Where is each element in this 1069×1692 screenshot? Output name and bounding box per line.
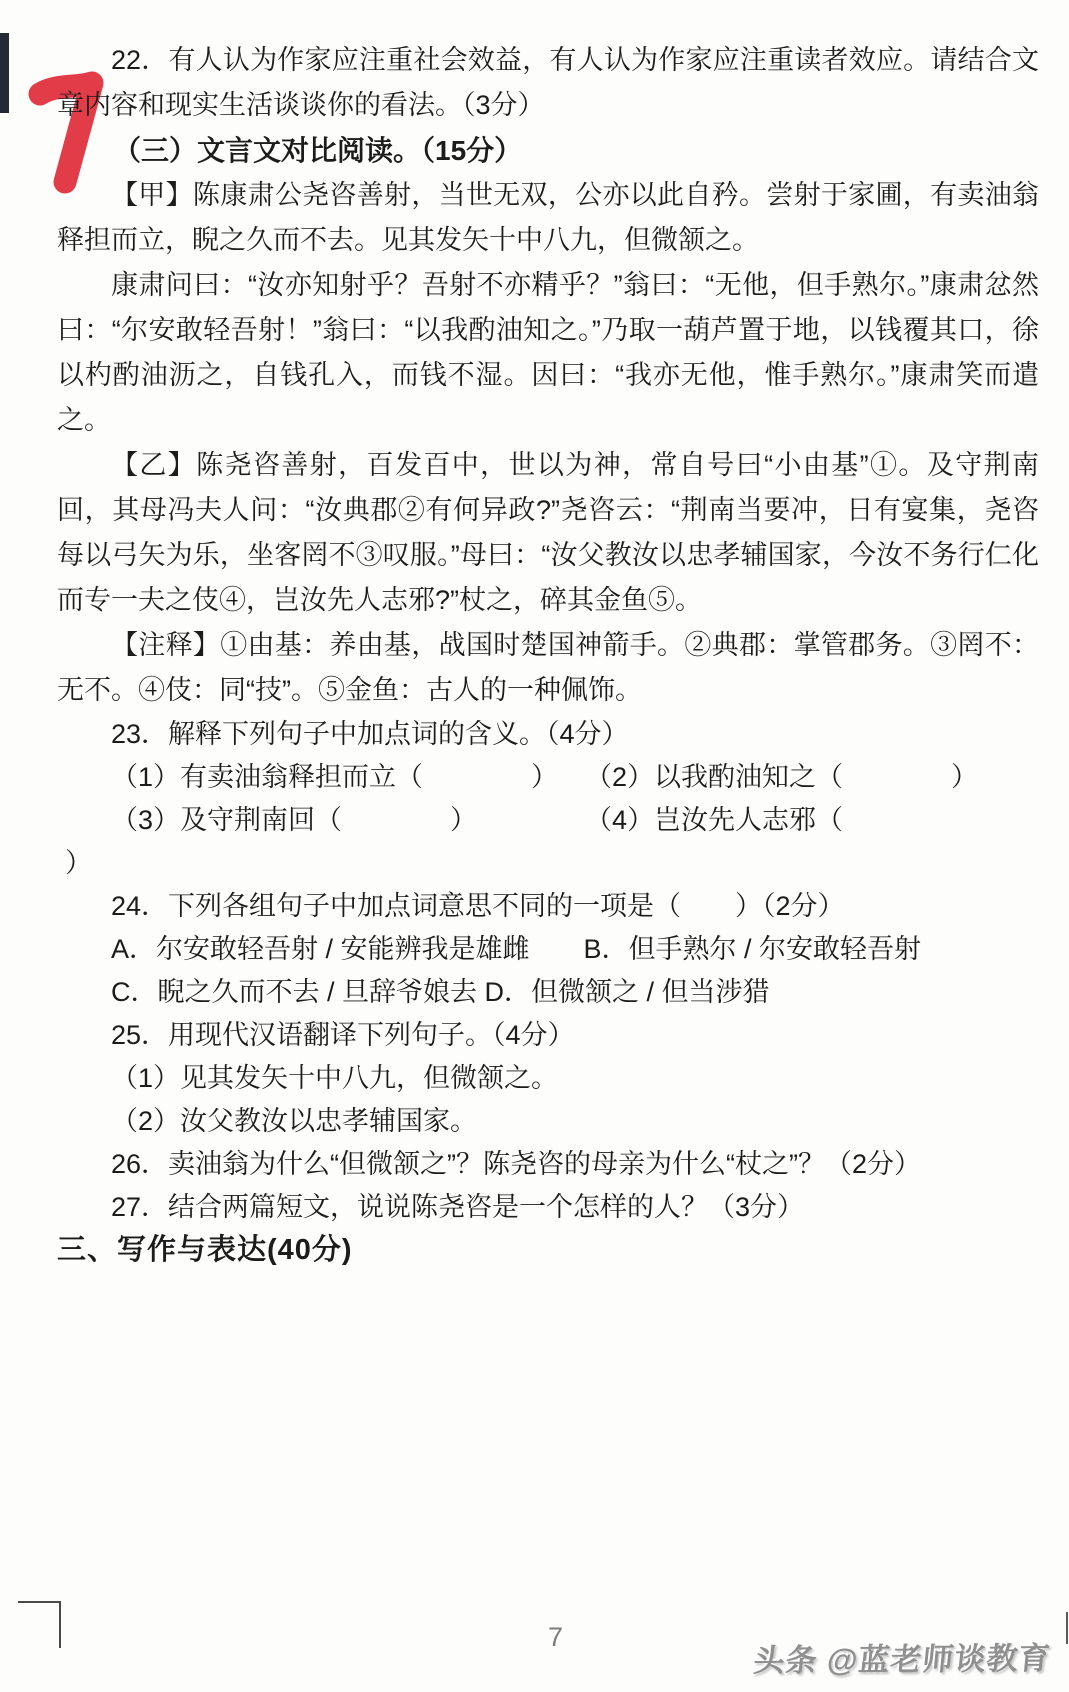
- exam-content: 22．有人认为作家应注重社会效益，有人认为作家应注重读者效应。请结合文章内容和现…: [57, 38, 1039, 1272]
- question-27: 27．结合两篇短文，说说陈尧咨是一个怎样的人？（3分）: [57, 1186, 1039, 1229]
- crop-corner-mark: [18, 1601, 61, 1648]
- question-24-options-ab: A．尔安敢轻吾射 / 安能辨我是雄雌 B．但手熟尔 / 尔安敢轻吾射: [57, 928, 1039, 971]
- toutiao-watermark: 头条 @蓝老师谈教育: [752, 1633, 1053, 1681]
- passage-notes: 【注释】①由基：养由基，战国时楚国神箭手。②典郡：掌管郡务。③罔不：无不。④伎：…: [57, 623, 1039, 713]
- question-25: 25．用现代汉语翻译下列句子。（4分）: [57, 1014, 1039, 1057]
- passage-jia-paragraph-1: 【甲】陈康肃公尧咨善射，当世无双，公亦以此自矜。尝射于家圃，有卖油翁释担而立，睨…: [57, 173, 1039, 263]
- section-writing-heading: 三、写作与表达(40分): [57, 1229, 1039, 1272]
- scan-edge-tick: [1066, 1612, 1068, 1644]
- passage-yi-paragraph: 【乙】陈尧咨善射，百发百中，世以为神，常自号曰“小由基”①。及守荆南回，其母冯夫…: [57, 443, 1039, 623]
- question-23-wrapped-paren: ）: [57, 842, 1039, 885]
- question-24: 24．下列各组句子中加点词意思不同的一项是（ ）（2分）: [57, 885, 1039, 928]
- exam-paper-page: 22．有人认为作家应注重社会效益，有人认为作家应注重读者效应。请结合文章内容和现…: [0, 0, 1069, 1692]
- page-number: 7: [548, 1622, 563, 1653]
- question-23-blanks-row-2: （3）及守荆南回（ ） （4）岂汝先人志邪（: [57, 799, 1039, 842]
- question-25-item-2: （2）汝父教汝以忠孝辅国家。: [57, 1100, 1039, 1143]
- passage-jia-paragraph-2: 康肃问曰：“汝亦知射乎？吾射不亦精乎？”翁曰：“无他，但手熟尔。”康肃忿然曰：“…: [57, 263, 1039, 443]
- section-3-heading: （三）文言文对比阅读。（15分）: [57, 128, 1039, 173]
- question-22: 22．有人认为作家应注重社会效益，有人认为作家应注重读者效应。请结合文章内容和现…: [57, 38, 1039, 128]
- question-23-blanks-row-1: （1）有卖油翁释担而立（ ） （2）以我酌油知之（ ）: [57, 756, 1039, 799]
- question-24-options-cd: C．睨之久而不去 / 旦辞爷娘去 D．但微颔之 / 但当涉猎: [57, 971, 1039, 1014]
- question-25-item-1: （1）见其发矢十中八九，但微颔之。: [57, 1057, 1039, 1100]
- scan-edge-artifact: [0, 33, 9, 113]
- question-23: 23．解释下列句子中加点词的含义。（4分）: [57, 713, 1039, 756]
- question-26: 26．卖油翁为什么“但微颔之”？陈尧咨的母亲为什么“杖之”？（2分）: [57, 1143, 1039, 1186]
- questions-area: 23．解释下列句子中加点词的含义。（4分） （1）有卖油翁释担而立（ ） （2）…: [57, 713, 1039, 1272]
